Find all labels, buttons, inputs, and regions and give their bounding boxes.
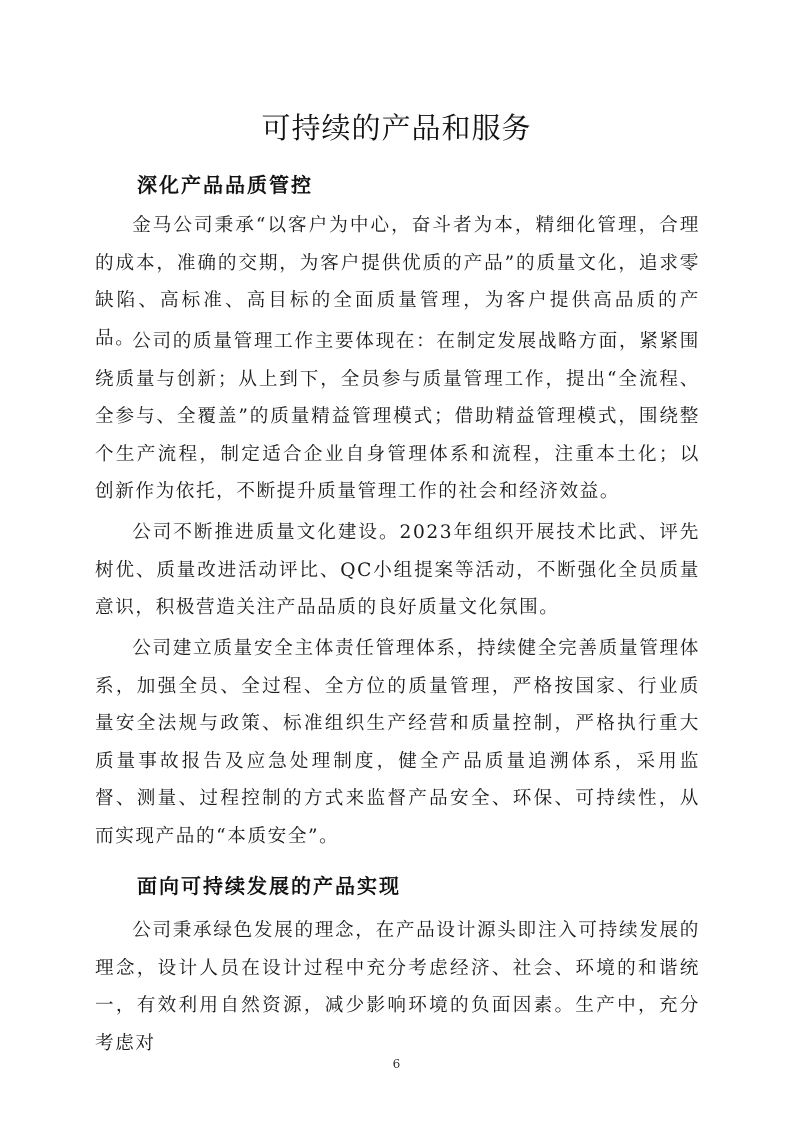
page-number: 6	[0, 1056, 793, 1072]
section-heading-quality-control: 深化产品品质管控	[137, 170, 313, 200]
page-title: 可持续的产品和服务	[0, 108, 793, 148]
paragraph-green-development: 公司秉承绿色发展的理念，在产品设计源头即注入可持续发展的理念，设计人员在设计过程…	[95, 912, 700, 1062]
paragraph-quality-culture-building: 公司不断推进质量文化建设。2023年组织开展技术比武、评先树优、质量改进活动评比…	[95, 514, 700, 627]
paragraph-quality-safety-system: 公司建立质量安全主体责任管理体系，持续健全完善质量管理体系，加强全员、全过程、全…	[95, 630, 700, 855]
document-page: 可持续的产品和服务 深化产品品质管控 金马公司秉承“以客户为中心，奋斗者为本，精…	[0, 0, 793, 1122]
section-heading-sustainable-product: 面向可持续发展的产品实现	[137, 871, 401, 901]
paragraph-quality-management: 公司的质量管理工作主要体现在：在制定发展战略方面，紧紧围绕质量与创新；从上到下，…	[95, 323, 700, 511]
